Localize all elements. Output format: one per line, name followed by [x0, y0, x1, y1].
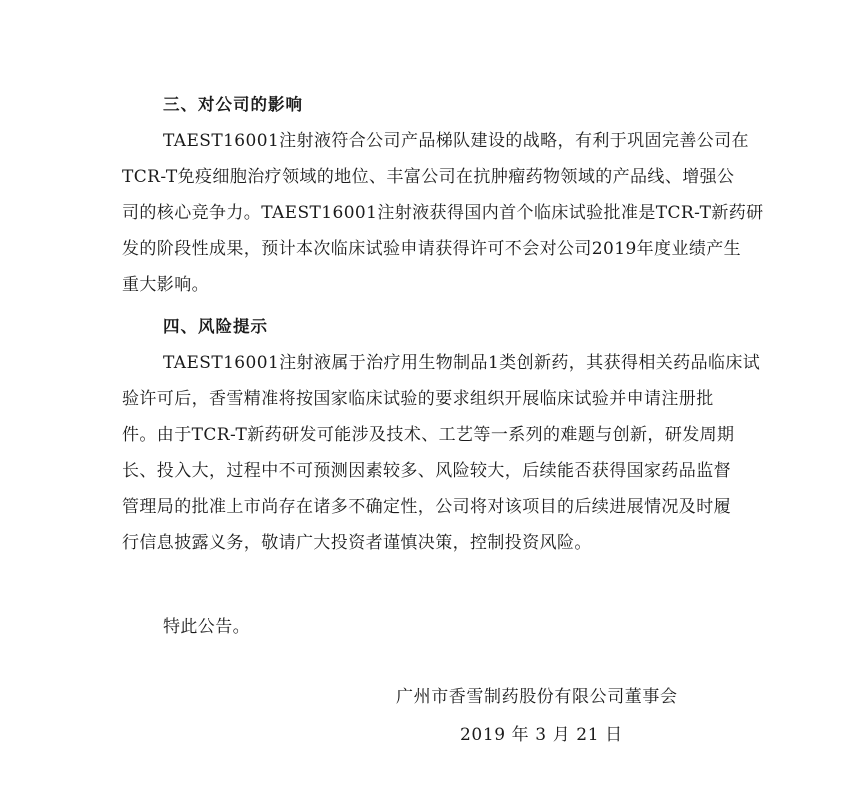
paragraph-line: TAEST16001注射液属于治疗用生物制品1类创新药，其获得相关药品临床试: [163, 352, 760, 374]
paragraph-line: 司的核心竞争力。TAEST16001注射液获得国内首个临床试验批准是TCR-T新…: [122, 202, 764, 224]
paragraph-line: 行信息披露义务，敬请广大投资者谨慎决策，控制投资风险。: [122, 532, 592, 554]
section-heading-impact: 三、对公司的影响: [163, 94, 303, 116]
paragraph-line: TCR-T免疫细胞治疗领域的地位、丰富公司在抗肿瘤药物领域的产品线、增强公: [122, 166, 734, 188]
signature-company: 广州市香雪制药股份有限公司董事会: [396, 686, 678, 708]
paragraph-line: 管理局的批准上市尚存在诸多不确定性，公司将对该项目的后续进展情况及时履: [122, 496, 731, 518]
paragraph-line: TAEST16001注射液符合公司产品梯队建设的战略，有利于巩固完善公司在: [163, 130, 749, 152]
document-page: 三、对公司的影响 TAEST16001注射液符合公司产品梯队建设的战略，有利于巩…: [0, 0, 850, 807]
paragraph-line: 件。由于TCR-T新药研发可能涉及技术、工艺等一系列的难题与创新，研发周期: [122, 424, 734, 446]
section-heading-risk: 四、风险提示: [163, 316, 268, 338]
signature-date: 2019 年 3 月 21 日: [460, 724, 623, 746]
paragraph-line: 长、投入大，过程中不可预测因素较多、风险较大，后续能否获得国家药品监督: [122, 460, 731, 482]
paragraph-line: 发的阶段性成果，预计本次临床试验申请获得许可不会对公司2019年度业绩产生: [122, 238, 741, 260]
closing-statement: 特此公告。: [163, 616, 250, 638]
paragraph-line: 重大影响。: [122, 274, 209, 296]
paragraph-line: 验许可后，香雪精准将按国家临床试验的要求组织开展临床试验并申请注册批: [122, 388, 714, 410]
